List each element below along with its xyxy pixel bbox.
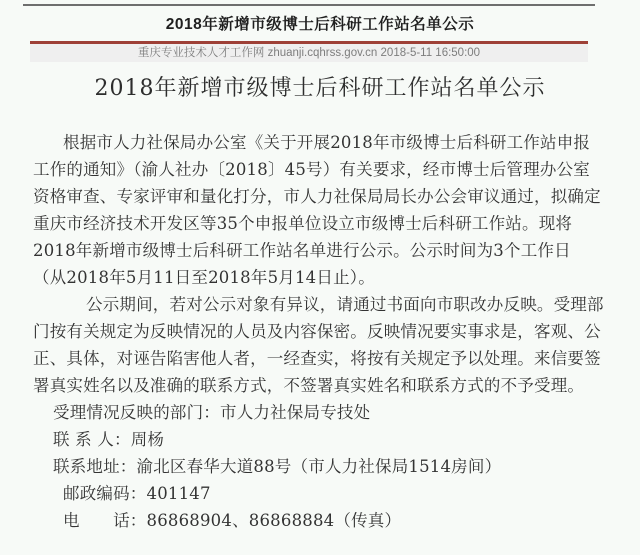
contact-phone-line: 电 话：86868904、86868884（传真） xyxy=(33,507,604,534)
document-title: 2018年新增市级博士后科研工作站名单公示 xyxy=(0,75,640,103)
source-block: 重庆专业技术人才工作网 zhuanji.cqhrss.gov.cn 2018-5… xyxy=(30,41,588,62)
document-page: 2018年新增市级博士后科研工作站名单公示 重庆专业技术人才工作网 zhuanj… xyxy=(0,4,640,555)
contact-department-line: 受理情况反映的部门：市人力社保局专技处 xyxy=(33,399,604,426)
document-body: 根据市人力社保局办公室《关于开展2018年市级博士后科研工作站申报工作的通知》（… xyxy=(33,129,604,534)
page-header-title: 2018年新增市级博士后科研工作站名单公示 xyxy=(0,15,640,35)
source-info-bar: 重庆专业技术人才工作网 zhuanji.cqhrss.gov.cn 2018-5… xyxy=(30,44,588,62)
top-divider xyxy=(23,4,595,6)
contact-address-line: 联系地址：渝北区春华大道88号（市人力社保局1514房间） xyxy=(33,453,604,480)
body-paragraph: 根据市人力社保局办公室《关于开展2018年市级博士后科研工作站申报工作的通知》（… xyxy=(33,129,604,291)
body-paragraph: 公示期间，若对公示对象有异议，请通过书面向市职改办反映。受理部门按有关规定为反映… xyxy=(33,291,604,399)
contact-postcode-line: 邮政编码：401147 xyxy=(33,480,604,507)
contact-person-line: 联 系 人：周杨 xyxy=(33,426,604,453)
